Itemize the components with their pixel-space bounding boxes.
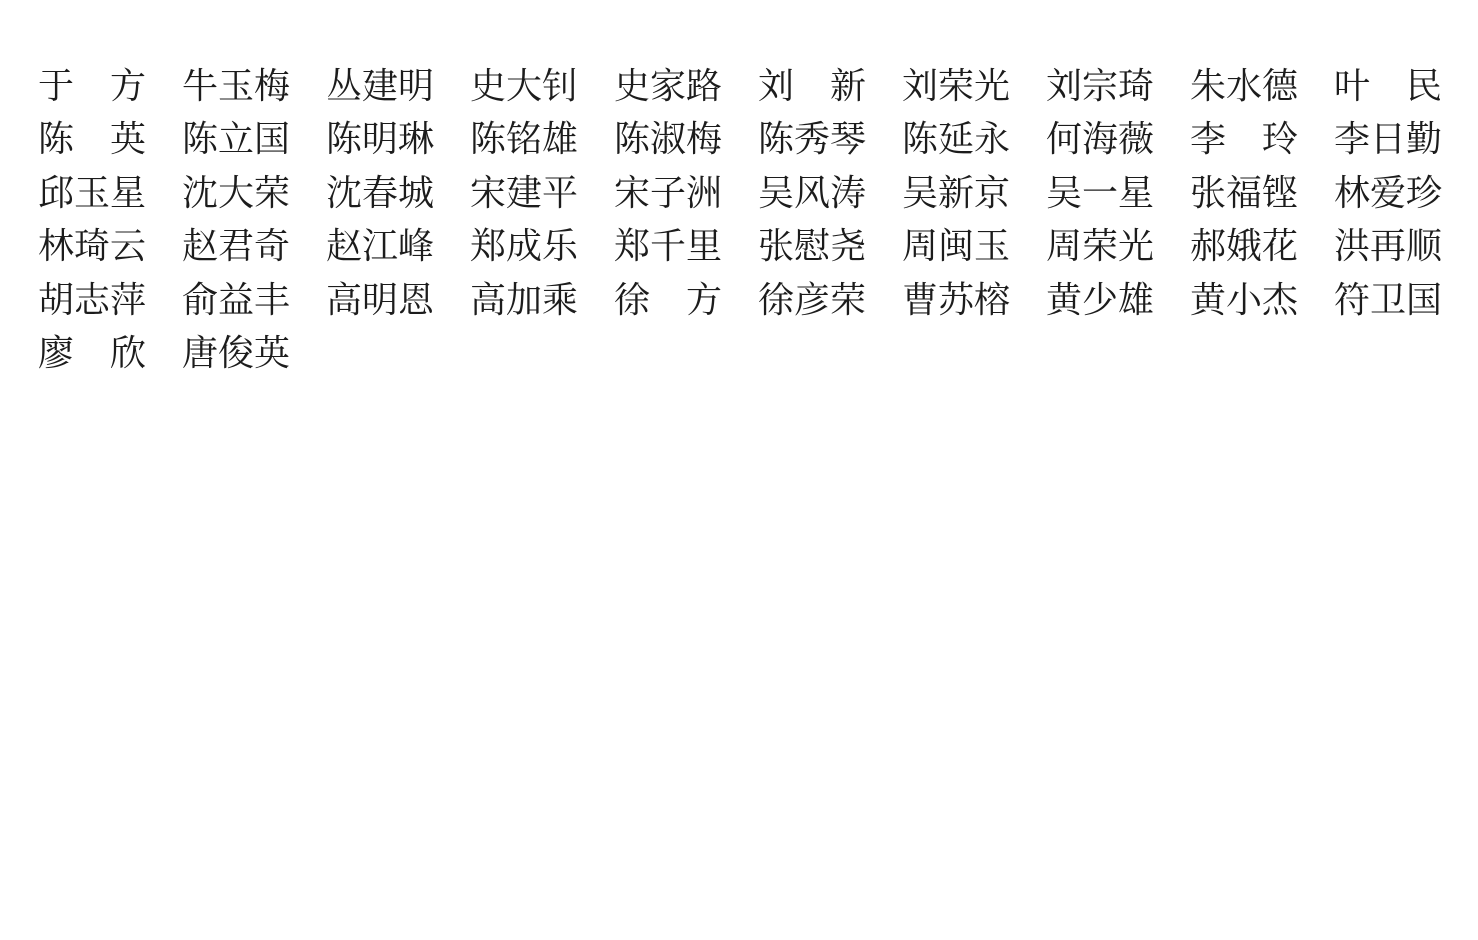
name-row: 陈 英陈立国陈明琳陈铭雄陈淑梅陈秀琴陈延永何海薇李 玲李日勤 [38, 113, 1442, 167]
name-item: 邱玉星 [38, 175, 146, 211]
name-item: 符卫国 [1334, 282, 1442, 318]
name-item: 史家路 [614, 68, 722, 104]
name-item: 张福铿 [1190, 175, 1298, 211]
name-item: 黄小杰 [1190, 282, 1298, 318]
name-item: 洪再顺 [1334, 228, 1442, 264]
name-item: 唐俊英 [182, 335, 290, 371]
name-item: 林爱珍 [1334, 175, 1442, 211]
name-item: 陈铭雄 [470, 121, 578, 157]
name-item: 陈明琳 [326, 121, 434, 157]
name-row: 于 方牛玉梅丛建明史大钊史家路刘 新刘荣光刘宗琦朱水德叶 民 [38, 59, 1442, 113]
name-item: 俞益丰 [182, 282, 290, 318]
name-item: 高明恩 [326, 282, 434, 318]
name-item: 廖 欣 [38, 335, 146, 371]
name-item: 牛玉梅 [182, 68, 290, 104]
name-item: 胡志萍 [38, 282, 146, 318]
name-item: 李日勤 [1334, 121, 1442, 157]
name-item: 沈春城 [326, 175, 434, 211]
name-item: 吴风涛 [758, 175, 866, 211]
name-item: 徐 方 [614, 282, 722, 318]
name-item: 吴一星 [1046, 175, 1154, 211]
name-item: 史大钊 [470, 68, 578, 104]
name-item: 朱水德 [1190, 68, 1298, 104]
document-page: 于 方牛玉梅丛建明史大钊史家路刘 新刘荣光刘宗琦朱水德叶 民陈 英陈立国陈明琳陈… [0, 0, 1478, 940]
name-item: 宋子洲 [614, 175, 722, 211]
name-item: 郝娥花 [1190, 228, 1298, 264]
name-item: 郑成乐 [470, 228, 578, 264]
name-item: 宋建平 [470, 175, 578, 211]
name-list: 于 方牛玉梅丛建明史大钊史家路刘 新刘荣光刘宗琦朱水德叶 民陈 英陈立国陈明琳陈… [38, 59, 1442, 380]
name-item: 何海薇 [1046, 121, 1154, 157]
name-item: 赵君奇 [182, 228, 290, 264]
name-item: 陈立国 [182, 121, 290, 157]
name-item: 黄少雄 [1046, 282, 1154, 318]
name-item: 刘 新 [758, 68, 866, 104]
name-item: 郑千里 [614, 228, 722, 264]
name-item: 沈大荣 [182, 175, 290, 211]
name-item: 周闽玉 [902, 228, 1010, 264]
name-item: 刘荣光 [902, 68, 1010, 104]
name-item: 陈秀琴 [758, 121, 866, 157]
name-item: 丛建明 [326, 68, 434, 104]
name-item: 赵江峰 [326, 228, 434, 264]
name-item: 张慰尧 [758, 228, 866, 264]
name-item: 陈 英 [38, 121, 146, 157]
name-item: 林琦云 [38, 228, 146, 264]
name-item: 陈淑梅 [614, 121, 722, 157]
name-item: 李 玲 [1190, 121, 1298, 157]
name-row: 廖 欣唐俊英 [38, 327, 1442, 381]
name-item: 叶 民 [1334, 68, 1442, 104]
name-row: 邱玉星沈大荣沈春城宋建平宋子洲吴风涛吴新京吴一星张福铿林爱珍 [38, 166, 1442, 220]
name-item: 吴新京 [902, 175, 1010, 211]
name-item: 于 方 [38, 68, 146, 104]
name-item: 周荣光 [1046, 228, 1154, 264]
name-item: 陈延永 [902, 121, 1010, 157]
name-row: 胡志萍俞益丰高明恩高加乘徐 方徐彦荣曹苏榕黄少雄黄小杰符卫国 [38, 273, 1442, 327]
name-row: 林琦云赵君奇赵江峰郑成乐郑千里张慰尧周闽玉周荣光郝娥花洪再顺 [38, 220, 1442, 274]
name-item: 徐彦荣 [758, 282, 866, 318]
name-item: 曹苏榕 [902, 282, 1010, 318]
name-item: 刘宗琦 [1046, 68, 1154, 104]
name-item: 高加乘 [470, 282, 578, 318]
